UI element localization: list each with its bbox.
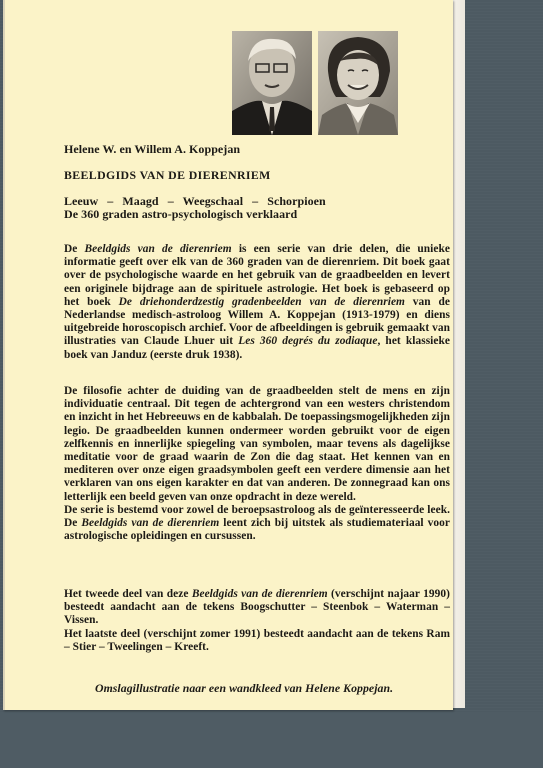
photo-willem-koppejan: [232, 31, 312, 135]
author-photos: [232, 31, 398, 135]
background-surface: [0, 712, 543, 768]
series-volumes-paragraph: Het tweede deel van deze Beeldgids van d…: [64, 588, 450, 654]
description-paragraph-1: De Beeldgids van de dierenriem is een se…: [64, 243, 450, 362]
book-back-cover: Helene W. en Willem A. Koppejan BEELDGID…: [3, 0, 453, 710]
book-page-edge: [451, 0, 465, 708]
description-paragraph-2: De filosofie achter de duiding van de gr…: [64, 385, 450, 543]
series-title: BEELDGIDS VAN DE DIERENRIEM: [64, 169, 450, 182]
authors: Helene W. en Willem A. Koppejan: [64, 143, 450, 156]
cover-illustration-credit: Omslagillustratie naar een wandkleed van…: [95, 682, 455, 695]
subtitle: De 360 graden astro-psychologisch verkla…: [64, 208, 450, 221]
photo-helene-koppejan: [318, 31, 398, 135]
zodiac-signs-subtitle: Leeuw – Maagd – Weegschaal – Schorpioen …: [64, 195, 450, 221]
